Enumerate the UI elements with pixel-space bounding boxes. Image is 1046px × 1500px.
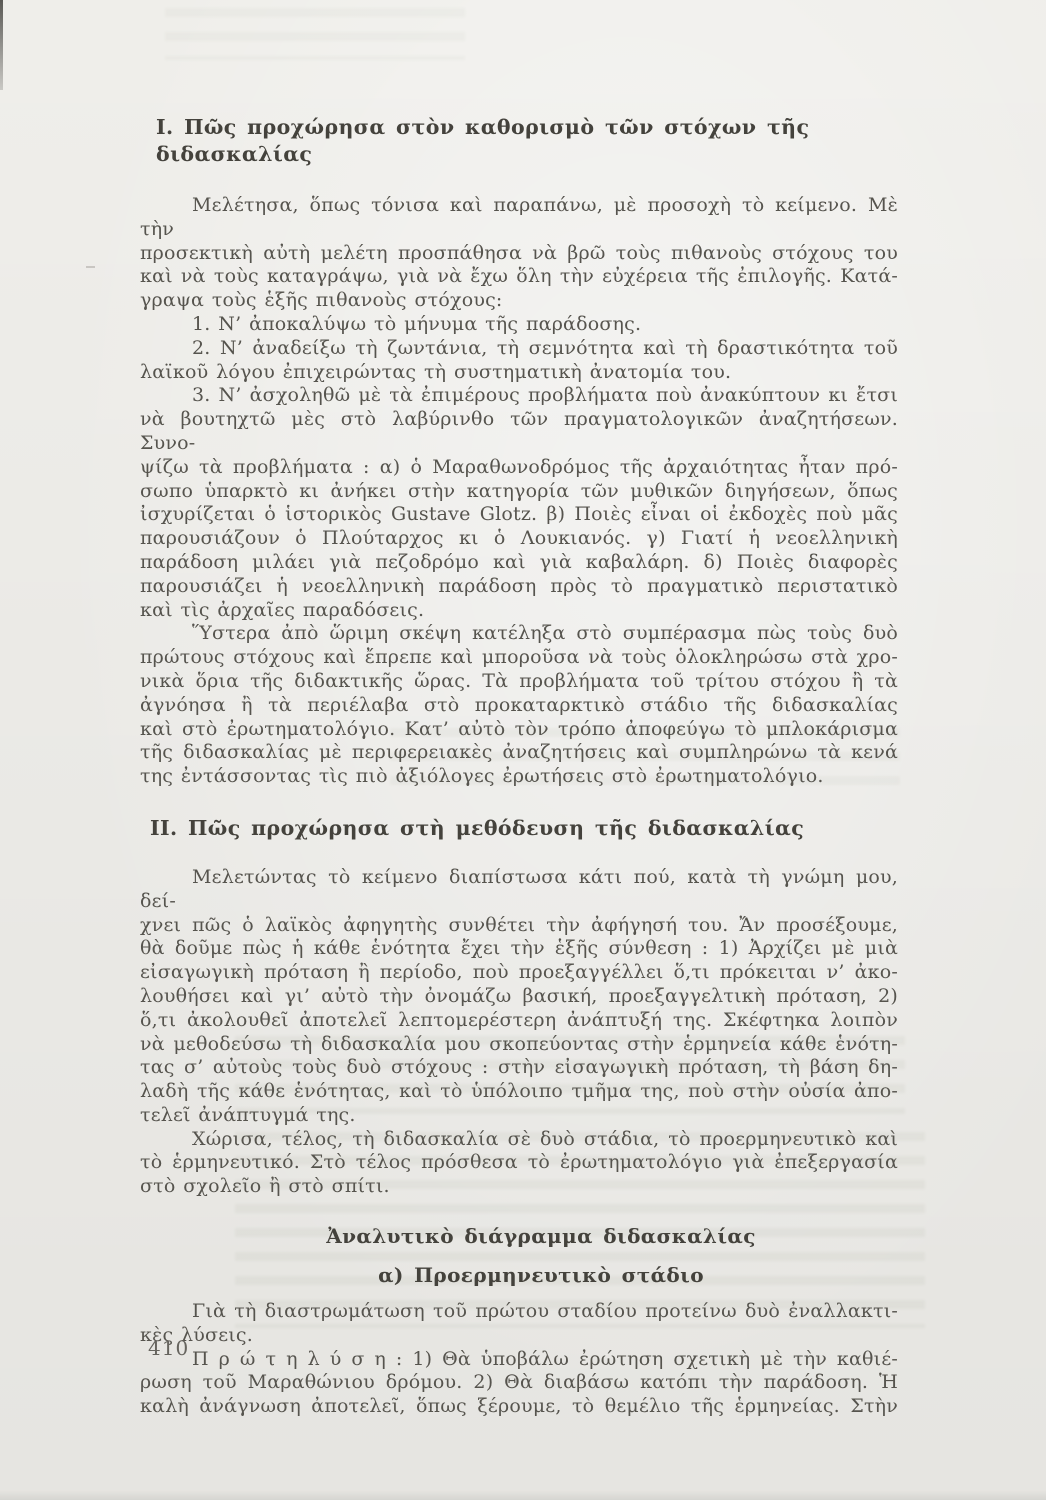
- text-line: προσεκτικὴ αὐτὴ μελέτη προσπάθησα νὰ βρῶ…: [140, 242, 898, 266]
- text-line: νὰ βουτηχτῶ μὲς στὸ λαβύρινθο τῶν πραγμα…: [140, 408, 898, 456]
- text-line: πρώτους στόχους καὶ ἔπρεπε καὶ μποροῦσα …: [140, 646, 898, 670]
- text-line: σωπο ὑπαρκτὸ κι ἀνήκει στὴν κατηγορία τῶ…: [140, 480, 898, 504]
- text-line: χνει πῶς ὁ λαϊκὸς ἀφηγητὴς συνθέτει τὴν …: [140, 914, 898, 938]
- text-line: Ὕστερα ἀπὸ ὥριμη σκέψη κατέληξα στὸ συμπ…: [140, 622, 898, 646]
- text-line: νικὰ ὅρια τῆς διδακτικῆς ὥρας. Τὰ προβλή…: [140, 670, 898, 694]
- text-line: τῆς διδασκαλίας μὲ περιφερειακὲς ἀναζητή…: [140, 741, 898, 765]
- text-line: ἀγνόησα ἢ τὰ περιέλαβα στὸ προκαταρκτικὸ…: [140, 694, 898, 718]
- text-line: καὶ τὶς ἀρχαῖες παραδόσεις.: [140, 599, 898, 623]
- text-line: ἰσχυρίζεται ὁ ἱστορικὸς Gustave Glotz. β…: [140, 503, 898, 527]
- text-line: νὰ μεθοδεύσω τὴ διδασκαλία μου σκοπεύοντ…: [140, 1033, 898, 1057]
- text-line: Μελετώντας τὸ κείμενο διαπίστωσα κάτι πο…: [140, 866, 898, 914]
- text-line: 2. Ν’ ἀναδείξω τὴ ζωντάνια, τὴ σεμνότητα…: [140, 337, 898, 361]
- text-line: εἰσαγωγικὴ πρόταση ἢ περίοδο, ποὺ προεξα…: [140, 961, 898, 985]
- scan-edge-artifact: [0, 0, 3, 90]
- diagram-heading: Ἀναλυτικὸ διάγραμμα διδασκαλίας: [162, 1223, 920, 1249]
- scan-edge-shadow: [0, 1490, 1046, 1500]
- paragraph: Γιὰ τὴ διαστρωμάτωση τοῦ πρώτου σταδίου …: [140, 1300, 898, 1348]
- text-line: τας σ’ αὐτοὺς τοὺς δυὸ στόχους : στὴν εἰ…: [140, 1056, 898, 1080]
- text-line: Μελέτησα, ὅπως τόνισα καὶ παραπάνω, μὲ π…: [140, 194, 898, 242]
- text-line: τὸ ἑρμηνευτικό. Στὸ τέλος πρόσθεσα τὸ ἐρ…: [140, 1151, 898, 1175]
- text-line: γραψα τοὺς ἑξῆς πιθανοὺς στόχους:: [140, 289, 898, 313]
- text-line: λουθήσει καὶ γι’ αὐτὸ τὴν ὀνομάζω βασική…: [140, 985, 898, 1009]
- text-line: καὶ νὰ τοὺς καταγράψω, γιὰ νὰ ἔχω ὅλη τὴ…: [140, 265, 898, 289]
- text-line: παράδοση μιλάει γιὰ πεζοδρόμο καὶ γιὰ κα…: [140, 551, 898, 575]
- text-line: λαϊκοῦ λόγου ἐπιχειρώντας τὴ συστηματικὴ…: [140, 361, 898, 385]
- text-line: τελεῖ ἀνάπτυγμά της.: [140, 1104, 898, 1128]
- numbered-item-1: 1. Ν’ ἀποκαλύψω τὸ μήνυμα τῆς παράδοσης.: [140, 313, 898, 337]
- paragraph: Χώρισα, τέλος, τὴ διδασκαλία σὲ δυὸ στάδ…: [140, 1128, 898, 1199]
- paragraph: Ὕστερα ἀπὸ ὥριμη σκέψη κατέληξα στὸ συμπ…: [140, 622, 898, 789]
- scan-speck-artifact: [86, 266, 95, 268]
- text-line: παρουσιάζει ἡ νεοελληνικὴ παράδοση πρὸς …: [140, 575, 898, 599]
- text-line: καὶ στὸ ἐρωτηματολόγιο. Κατ’ αὐτὸ τὸν τρ…: [140, 718, 898, 742]
- text-line: κὲς λύσεις.: [140, 1324, 898, 1348]
- text-column: Ι. Πῶς προχώρησα στὸν καθορισμὸ τῶν στόχ…: [140, 114, 898, 1419]
- paragraph: Μελέτησα, ὅπως τόνισα καὶ παραπάνω, μὲ π…: [140, 194, 898, 313]
- text-line: στὸ σχολεῖο ἢ στὸ σπίτι.: [140, 1175, 898, 1199]
- text-line: 3. Ν’ ἀσχοληθῶ μὲ τὰ ἐπιμέρους προβλήματ…: [140, 384, 898, 408]
- section-2-heading: ΙΙ. Πῶς προχώρησα στὴ μεθόδευση τῆς διδα…: [150, 815, 898, 842]
- text-line: ψίζω τὰ προβλήματα : α) ὁ Μαραθωνοδρόμος…: [140, 456, 898, 480]
- stage-a-heading: α) Προερμηνευτικὸ στάδιο: [162, 1262, 920, 1288]
- text-line: Χώρισα, τέλος, τὴ διδασκαλία σὲ δυὸ στάδ…: [140, 1128, 898, 1152]
- text-line: ὅ,τι ἀκολουθεῖ ἀποτελεῖ λεπτομερέστερη ἀ…: [140, 1009, 898, 1033]
- numbered-item-2: 2. Ν’ ἀναδείξω τὴ ζωντάνια, τὴ σεμνότητα…: [140, 337, 898, 385]
- text-line: λαδὴ τῆς κάθε ἑνότητας, καὶ τὸ ὑπόλοιπο …: [140, 1080, 898, 1104]
- text-line: Π ρ ώ τ η λ ύ σ η : 1) Θὰ ὑποβάλω ἐρώτησ…: [140, 1348, 898, 1372]
- paragraph: Π ρ ώ τ η λ ύ σ η : 1) Θὰ ὑποβάλω ἐρώτησ…: [140, 1348, 898, 1419]
- text-line: καλὴ ἀνάγνωση ἀποτελεῖ, ὅπως ξέρουμε, τὸ…: [140, 1395, 898, 1419]
- text-line: ρωση τοῦ Μαραθώνιου δρόμου. 2) Θὰ διαβάσ…: [140, 1371, 898, 1395]
- scanned-book-page: Ι. Πῶς προχώρησα στὸν καθορισμὸ τῶν στόχ…: [0, 0, 1046, 1500]
- section-1-heading: Ι. Πῶς προχώρησα στὸν καθορισμὸ τῶν στόχ…: [156, 114, 898, 168]
- paragraph: Μελετώντας τὸ κείμενο διαπίστωσα κάτι πο…: [140, 866, 898, 1128]
- text-line: παρουσιάζουν ὁ Πλούταρχος κι ὁ Λουκιανός…: [140, 527, 898, 551]
- numbered-item-3: 3. Ν’ ἀσχοληθῶ μὲ τὰ ἐπιμέρους προβλήματ…: [140, 384, 898, 622]
- text-line: θὰ δοῦμε πὼς ἡ κάθε ἑνότητα ἔχει τὴν ἑξῆ…: [140, 937, 898, 961]
- text-line: Γιὰ τὴ διαστρωμάτωση τοῦ πρώτου σταδίου …: [140, 1300, 898, 1324]
- text-line: 1. Ν’ ἀποκαλύψω τὸ μήνυμα τῆς παράδοσης.: [140, 313, 898, 337]
- bleed-through-ghost: [165, 8, 465, 60]
- page-number: 410: [148, 1336, 189, 1360]
- text-line: της ἐντάσσοντας τὶς πιὸ ἀξιόλογες ἐρωτήσ…: [140, 765, 898, 789]
